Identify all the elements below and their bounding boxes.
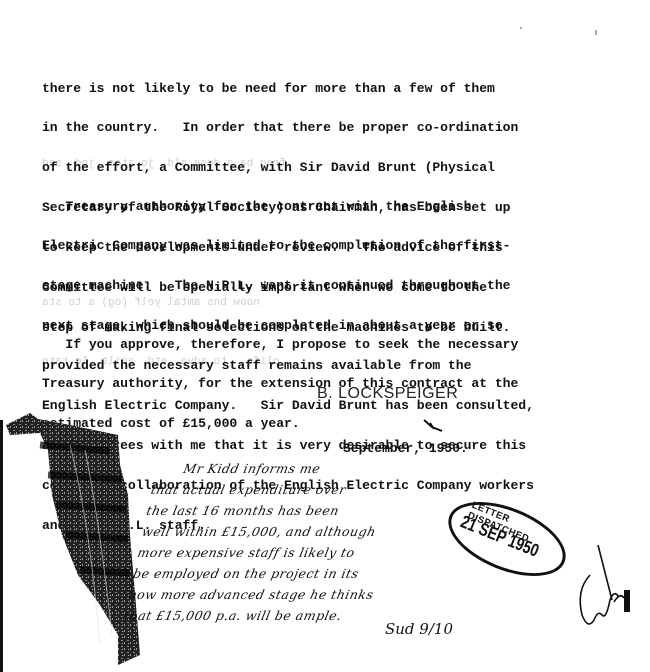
letter-date: September, 1950. (343, 441, 468, 456)
signatory-name: B. LOCKSPEIGER (317, 385, 458, 403)
text-line: stage machine. The N.P.L. want it contin… (42, 279, 602, 292)
torn-paper-patch (0, 405, 150, 667)
handwritten-line: that actual expenditure over (149, 479, 513, 500)
handwritten-line: Mr Kidd informs me (153, 458, 517, 479)
text-line: If you approve, therefore, I propose to … (42, 338, 602, 351)
scan-speck (595, 30, 597, 35)
scan-speck (520, 27, 522, 29)
handwritten-line: now more advanced stage he thinks (127, 584, 491, 605)
pen-mark-icon (420, 417, 450, 437)
handwritten-signature-icon (568, 540, 638, 640)
handwritten-initials: Sud 9/10 (385, 620, 453, 638)
document-page: freq ba a dese ald jo ates jod sad noow … (0, 0, 650, 672)
text-line: there is not likely to be need for more … (42, 82, 602, 95)
handwritten-line: more expensive staff is likely to (136, 542, 500, 563)
handwritten-line: be employed on the project in its (131, 563, 495, 584)
text-line: Electric Company was limited to the comp… (42, 239, 602, 252)
text-line: Treasury authority for the contract with… (42, 200, 602, 213)
text-line: in the country. In order that there be p… (42, 121, 602, 134)
